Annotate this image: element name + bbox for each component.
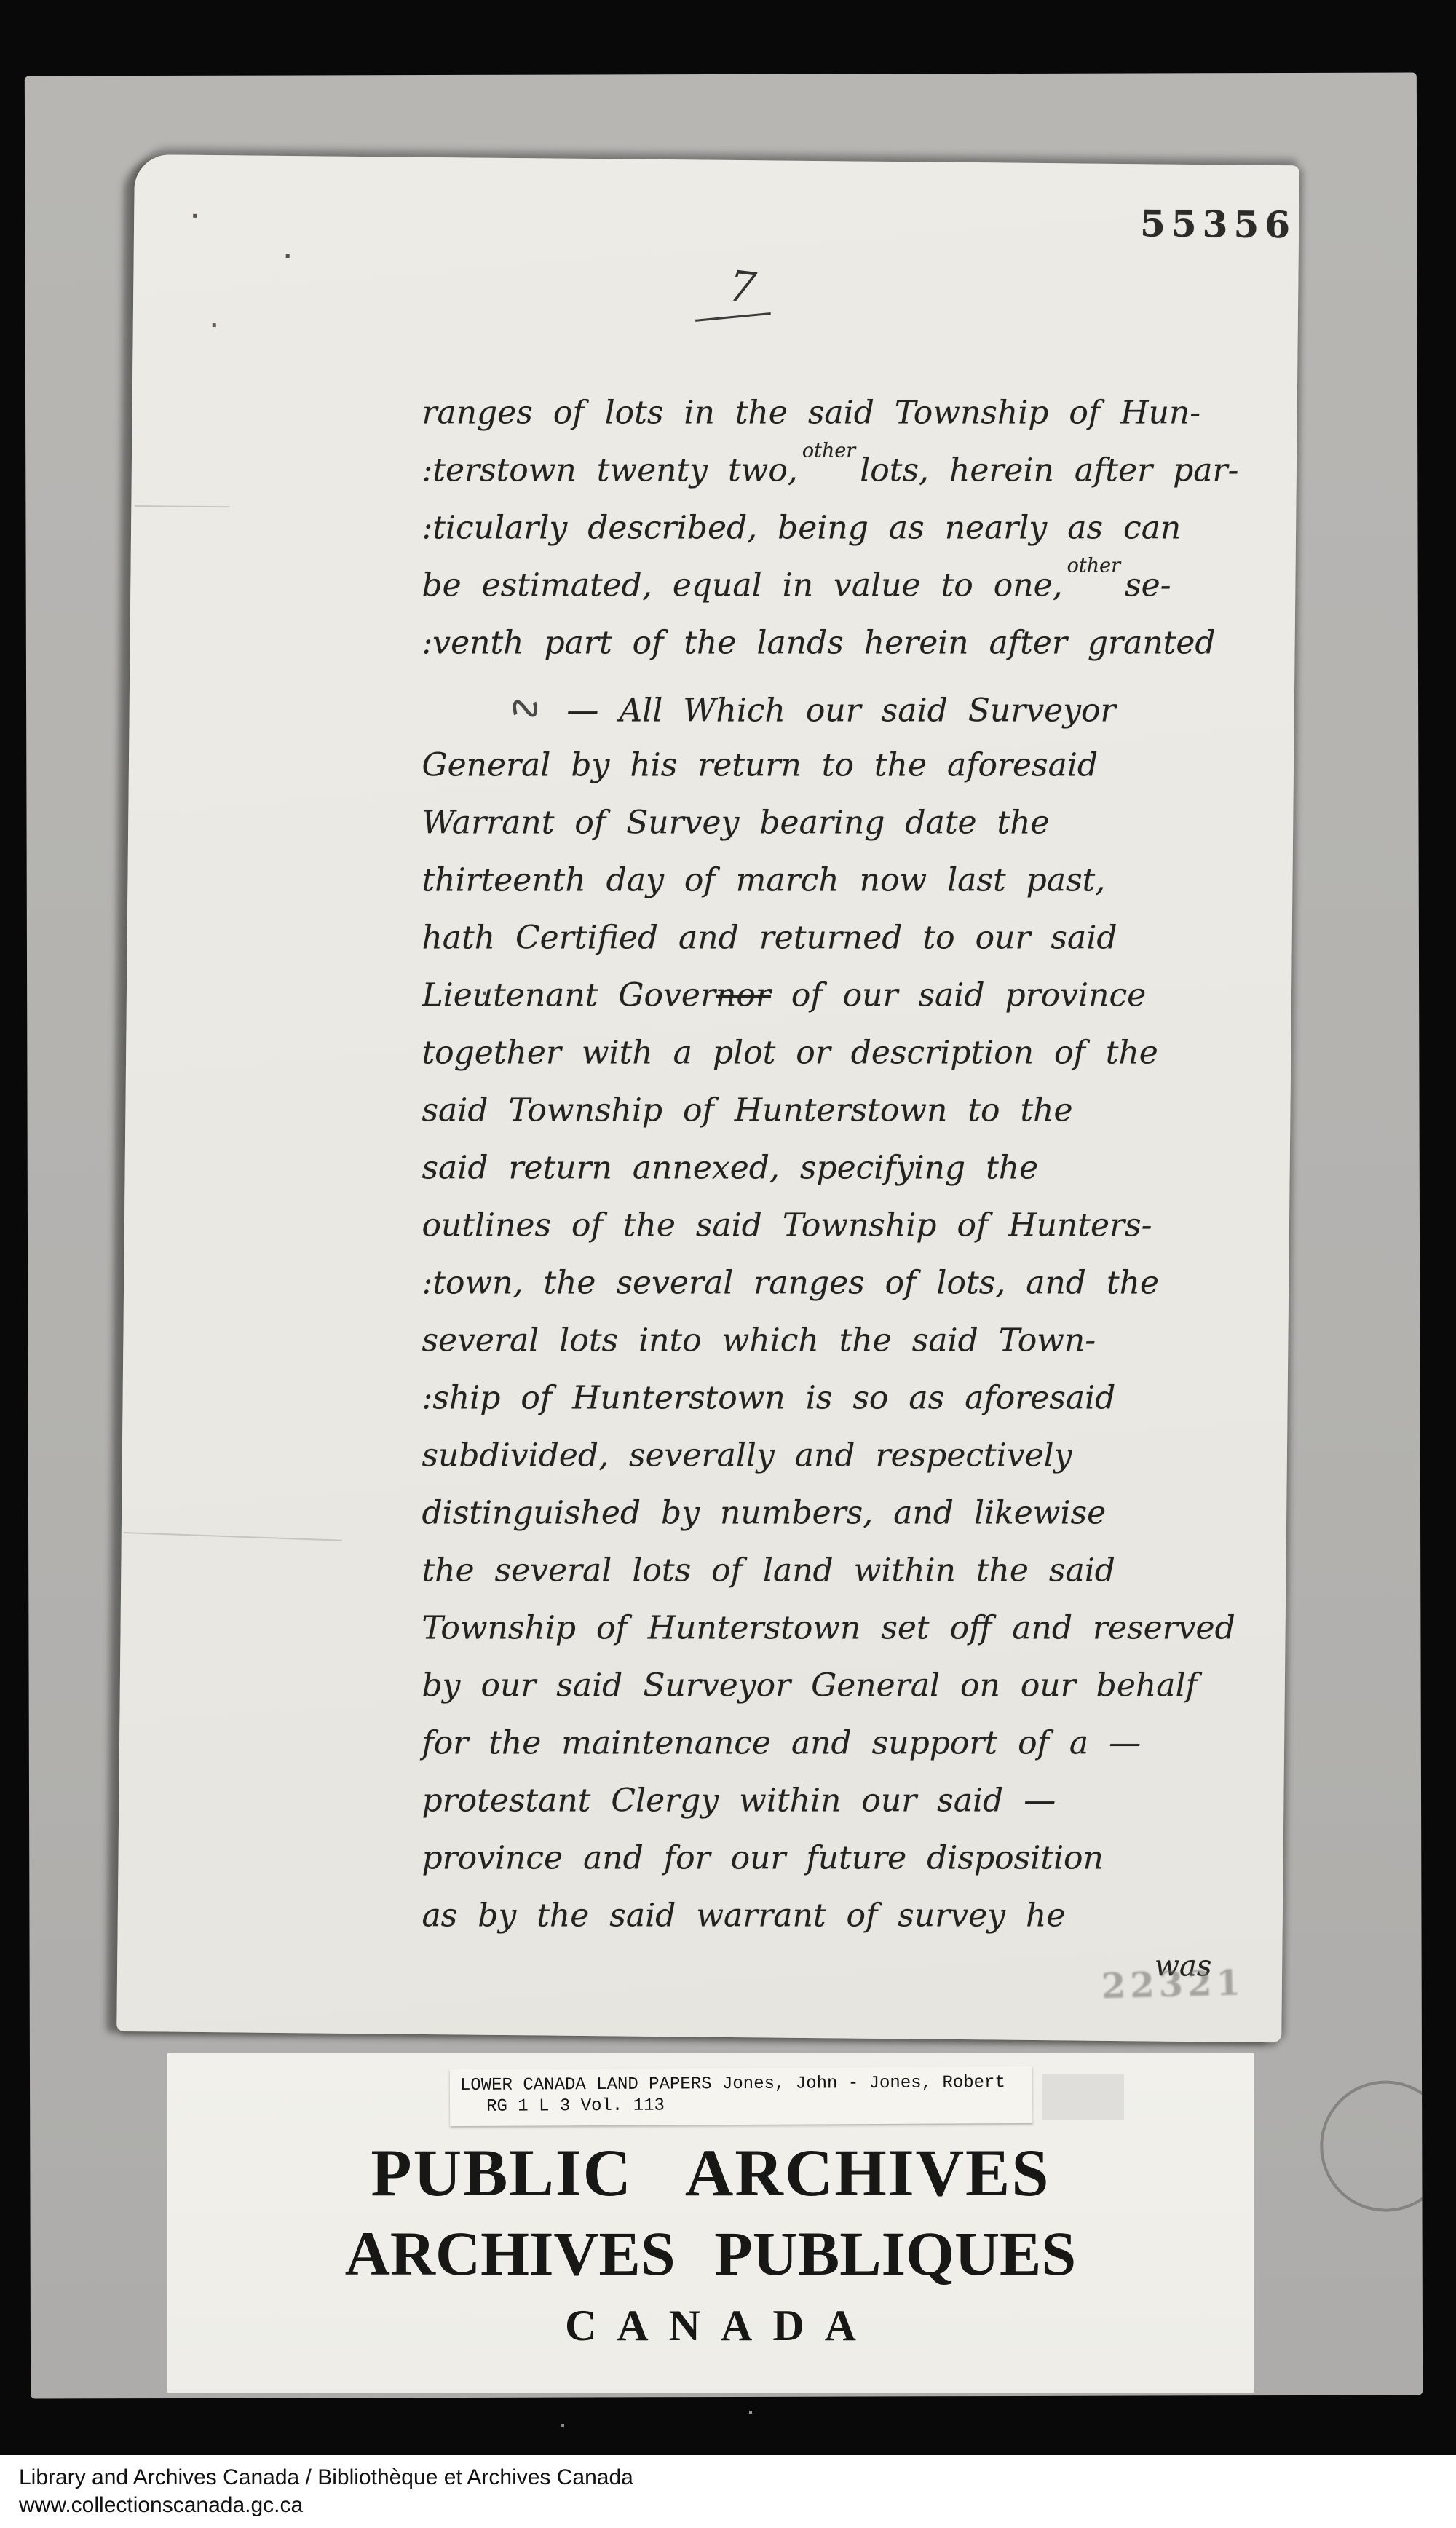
ink-flourish-mark: ∿ (497, 675, 552, 741)
page-number-underline (695, 312, 771, 322)
manuscript-line: province and for our future disposition (422, 1830, 1299, 1887)
manuscript-line: be estimated, equal in value to one,othe… (422, 557, 1299, 615)
manuscript-text-segment: lots, herein after par- (860, 452, 1238, 489)
manuscript-text-segment: se- (1125, 567, 1171, 604)
manuscript-line: Lieutenant Governor of our said province (422, 967, 1299, 1024)
manuscript-text-segment: Township of Hunterstown set off and rese… (422, 1610, 1235, 1647)
manuscript-text-segment: province and for our future disposition (422, 1840, 1103, 1877)
manuscript-text-segment: the several lots of land within the said (422, 1552, 1115, 1589)
manuscript-line: :town, the several ranges of lots, and t… (422, 1255, 1299, 1312)
manuscript-text-segment: Lieutenant Gover (422, 977, 716, 1014)
manuscript-text-segment: — All Which our said Surveyor (566, 692, 1115, 730)
manuscript-line: distinguished by numbers, and likewise (422, 1485, 1299, 1542)
archive-number-stamp: 55356 (1140, 202, 1297, 246)
manuscript-text-segment: said Township of Hunterstown to the (422, 1092, 1072, 1129)
manuscript-text-segment: distinguished by numbers, and likewise (422, 1495, 1106, 1532)
manuscript-text-segment: subdivided, severally and respectively (422, 1437, 1072, 1474)
manuscript-text-segment: together with a plot or description of t… (422, 1035, 1158, 1072)
manuscript-text-segment: :terstown twenty two, (422, 452, 797, 489)
manuscript-lines: ranges of lots in the said Township of H… (422, 384, 1299, 1945)
manuscript-line: said return annexed, specifying the (422, 1139, 1299, 1197)
manuscript-text-segment: be estimated, equal in value to one, (422, 567, 1062, 604)
manuscript-line: by our said Surveyor General on our beha… (422, 1657, 1299, 1715)
manuscript-text-segment: hath Certified and returned to our said (422, 920, 1117, 957)
label-shadow-patch (1042, 2074, 1124, 2120)
footer-attribution: Library and Archives Canada / Bibliothèq… (19, 2465, 633, 2490)
archives-stamp-line3: CANADA (167, 2285, 1254, 2347)
manuscript-line: ranges of lots in the said Township of H… (422, 384, 1299, 442)
reference-label: LOWER CANADA LAND PAPERS Jones, John - J… (450, 2066, 1032, 2126)
manuscript-text-segment: General by his return to the aforesaid (422, 747, 1098, 784)
manuscript-page: 55356 7 ranges of lots in the said Towns… (116, 154, 1299, 2042)
faint-bleedthrough-stamp: 22321 (1101, 1962, 1245, 2007)
dust-specks (135, 154, 137, 157)
manuscript-line: the several lots of land within the said (422, 1542, 1299, 1600)
manuscript-text-segment: by our said Surveyor General on our beha… (422, 1667, 1197, 1705)
archives-stamp-line2: ARCHIVES PUBLIQUES (167, 2206, 1254, 2285)
viewer-footer: Library and Archives Canada / Bibliothèq… (0, 2455, 1456, 2528)
manuscript-line: :venth part of the lands herein after gr… (422, 615, 1299, 672)
manuscript-line: protestant Clergy within our said — (422, 1772, 1299, 1830)
struck-out-word: nor (716, 977, 771, 1014)
manuscript-line: subdivided, severally and respectively (422, 1427, 1299, 1485)
manuscript-line: hath Certified and returned to our said (422, 909, 1299, 967)
footer-url: www.collectionscanada.gc.ca (19, 2493, 303, 2518)
manuscript-line: ∿— All Which our said Surveyor (422, 679, 1299, 737)
manuscript-line: General by his return to the aforesaid (422, 737, 1299, 794)
manuscript-text-segment: :ship of Hunterstown is so as aforesaid (422, 1380, 1115, 1417)
manuscript-text-segment: for the maintenance and support of a — (422, 1725, 1141, 1762)
manuscript-line: said Township of Hunterstown to the (422, 1082, 1299, 1139)
manuscript-line: :ticularly described, being as nearly as… (422, 499, 1299, 557)
reference-label-line2: RG 1 L 3 Vol. 113 (460, 2093, 1032, 2117)
manuscript-text-segment: thirteenth day of march now last past, (422, 862, 1105, 899)
manuscript-line: several lots into which the said Town- (422, 1312, 1299, 1370)
microfilm-frame: PUBLIC ARCHIVES ARCHIVES PUBLIQUES CANAD… (0, 0, 1456, 2528)
paper-crease (124, 1532, 342, 1541)
manuscript-line: outlines of the said Township of Hunters… (422, 1197, 1299, 1255)
manuscript-text-segment: as by the said warrant of survey he (422, 1897, 1065, 1935)
circular-stamp-mark (1320, 2080, 1423, 2211)
handwritten-text-block: ranges of lots in the said Township of H… (422, 384, 1299, 1988)
film-speckles (0, 0, 1, 1)
manuscript-text-segment: :town, the several ranges of lots, and t… (422, 1265, 1159, 1302)
inserted-word-above-line: other (1067, 537, 1120, 595)
manuscript-line: together with a plot or description of t… (422, 1024, 1299, 1082)
manuscript-text-segment: :venth part of the lands herein after gr… (422, 625, 1215, 662)
manuscript-line: for the maintenance and support of a — (422, 1715, 1299, 1772)
manuscript-text-segment: Warrant of Survey bearing date the (422, 805, 1049, 842)
manuscript-text-segment: said return annexed, specifying the (422, 1150, 1038, 1187)
manuscript-text-segment: of our said province (771, 977, 1146, 1014)
paper-crease (135, 505, 229, 507)
inserted-word-above-line: other (802, 422, 855, 480)
handwritten-page-number: 7 (727, 261, 759, 313)
manuscript-text-segment: protestant Clergy within our said — (422, 1782, 1056, 1820)
manuscript-line: :ship of Hunterstown is so as aforesaid (422, 1370, 1299, 1427)
manuscript-text-segment: outlines of the said Township of Hunters… (422, 1207, 1152, 1244)
manuscript-text-segment: several lots into which the said Town- (422, 1322, 1096, 1359)
manuscript-line: Warrant of Survey bearing date the (422, 794, 1299, 852)
manuscript-line: as by the said warrant of survey he (422, 1887, 1299, 1945)
manuscript-line: thirteenth day of march now last past, (422, 852, 1299, 909)
manuscript-line: Township of Hunterstown set off and rese… (422, 1600, 1299, 1657)
reference-label-line1: LOWER CANADA LAND PAPERS Jones, John - J… (460, 2072, 1032, 2096)
manuscript-line: :terstown twenty two,otherlots, herein a… (422, 442, 1299, 499)
